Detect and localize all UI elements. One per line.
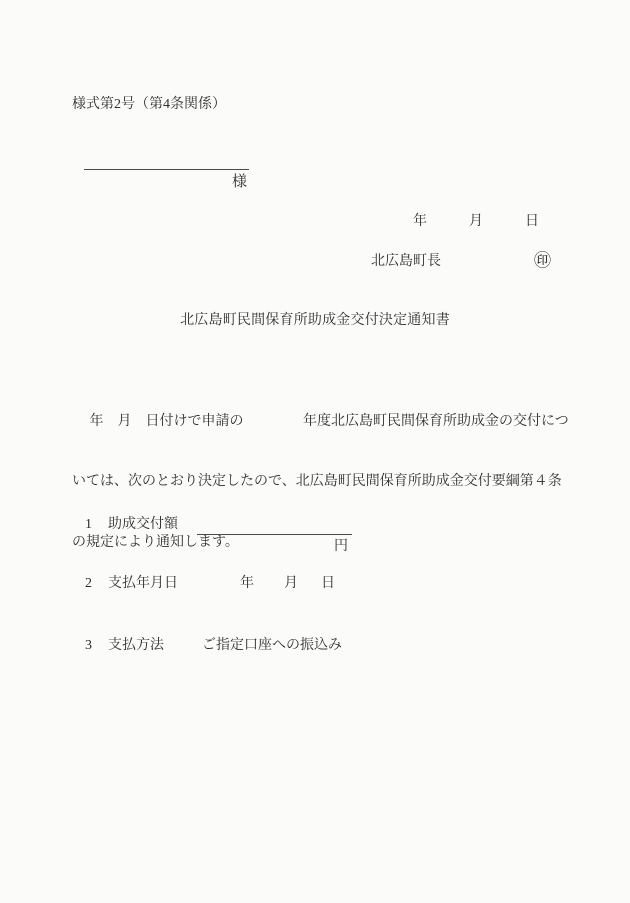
item-label-payment-method: 支払方法	[108, 636, 164, 656]
issue-date-month-label: 月	[469, 212, 483, 232]
item-label-payment-date: 支払年月日	[108, 574, 178, 594]
item-number: 3	[85, 636, 92, 656]
payment-method-value: ご指定口座への振込み	[202, 636, 342, 656]
recipient-blank-field: 様	[84, 142, 249, 170]
item-label-grant-amount: 助成交付額	[108, 515, 178, 535]
issue-date-year-label: 年	[413, 212, 427, 232]
item-number: 1	[85, 515, 92, 535]
payment-date-year-label: 年	[240, 574, 254, 594]
recipient-suffix-label: 様	[232, 174, 247, 190]
document-title: 北広島町民間保育所助成金交付決定通知書	[0, 311, 630, 331]
payment-date-month-label: 月	[284, 574, 298, 594]
body-paragraph: 年 月 日付けで申請の 年度北広島町民間保育所助成金の交付につ いては、次のとお…	[72, 372, 577, 593]
body-line: 年 月 日付けで申請の 年度北広島町民間保育所助成金の交付につ	[72, 412, 577, 432]
issuer-title-label: 北広島町長	[371, 252, 441, 272]
form-number-label: 様式第2号（第4条関係）	[72, 95, 226, 115]
amount-blank-field: 円	[197, 511, 352, 535]
seal-icon: ㊞	[534, 251, 551, 271]
amount-unit-label: 円	[334, 539, 348, 554]
payment-date-day-label: 日	[321, 574, 335, 594]
body-line: いては、次のとおり決定したので、北広島町民間保育所助成金交付要綱第４条	[72, 472, 577, 492]
issue-date-day-label: 日	[525, 212, 539, 232]
item-number: 2	[85, 574, 92, 594]
document-page: 様式第2号（第4条関係） 様 年 月 日 北広島町長 ㊞ 北広島町民間保育所助成…	[0, 0, 630, 903]
